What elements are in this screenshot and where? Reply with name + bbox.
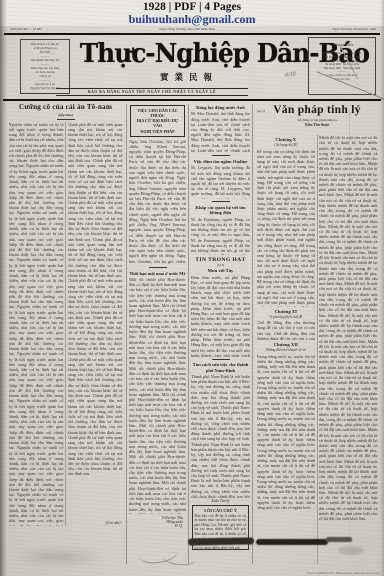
body-text: Chính phủ đã cử một viên quan sang tận n… (68, 122, 123, 521)
chapter-xi-subtitle: Vị phương diện chữ đề (257, 315, 316, 319)
article-nghi-vien: VIỆC CHO DÂN CÁC THUỘC ĐỊA CỬ ĐẠI BIỂU D… (127, 104, 189, 564)
headline-lao-dong-anh: Đảng lao động nước Anh (191, 105, 250, 110)
ink-smudge (326, 537, 352, 542)
te-nam-col-left: Nguyên nhân sự tranh cố ấy là bởi ngày t… (7, 122, 65, 526)
divider (212, 155, 230, 156)
dateline-gregorian-date: Ngày thứ năm, 25 Octobre 1928 (332, 27, 376, 31)
masthead-rule (3, 99, 381, 102)
signature: Xuân Thu ký (191, 499, 250, 503)
section-subtitle: (số 5) (191, 263, 250, 267)
notice-title: LỜI CÁO CHÚ Ý (195, 508, 247, 513)
price-box-title: GIÁ BÁO GỬI (311, 43, 374, 47)
article-te-nam-headline: Cưỡng cố của cải án Tề-nam (7, 104, 124, 112)
divider (212, 201, 230, 202)
scan-gutter-shadow (0, 0, 7, 576)
scan-edge-shadow (380, 0, 384, 576)
chapter-xii-subtitle: Những điều bổ-khuyết về số (257, 348, 316, 352)
newspaper-title-hanzi: 實業民報 (74, 71, 304, 83)
body-text: Nguyên nhân sự tranh cố ấy là bởi ngày t… (9, 122, 64, 526)
headline-ondine: Việc đắm tàu ngầm Ondine (191, 159, 250, 164)
paper-stain (10, 546, 105, 568)
van-phap-body: Chương X Cái hạng-từ (II) Hễ trong câu c… (255, 129, 379, 564)
headline-tau-khong-dien: Khắp các quan hệ với tàu không điện (191, 205, 250, 216)
body-text: M. de Fontenay, người Pháp, có thuật lại… (191, 217, 250, 255)
body-text: M. Leygues, hải quân trưởng, đã bổ một h… (191, 165, 250, 199)
article-te-nam-subtitle: (tiếp theo) (7, 113, 124, 117)
continued-marker: (Còn nữa) (68, 520, 123, 525)
page-columns: Cưỡng cố của cải án Tề-nam (tiếp theo) N… (5, 104, 381, 564)
body-text: Hễ trong câu có tiếng chỉ định thì phải … (257, 149, 316, 307)
dateline-issue: Năm thứ tám — số 885 (10, 27, 42, 31)
chapter-xii-head: Chương XII (257, 342, 316, 348)
headline-nam-dinh: Tìm cách sửa việc cho thành phố Nam-Định (191, 362, 250, 373)
masthead: Thực-Nghiệp Dân-Báo 實業民報 (74, 41, 304, 83)
divider (149, 267, 167, 268)
issue-number: (số 3) (257, 109, 265, 113)
signatures: Triều học Tân Hồng xuân D. Q. (129, 516, 186, 528)
body-text: Ngày bốn Octobre, hồi ba giờ chiều, ông … (129, 139, 186, 265)
stamp-email: buihuuhanh@gmail.com (0, 13, 384, 25)
divider (212, 359, 230, 360)
body-text: Đêm hôm trước, tại phố Hàng Bạc, có một … (191, 275, 250, 357)
masthead-office-box: TÒA SOẠN VÀ TRỊ SỰ số 69 phố Hàng Gai HÀ… (20, 39, 70, 94)
article-te-nam: Cưỡng cố của cải án Tề-nam (tiếp theo) N… (5, 104, 127, 564)
subhead-thoi-han: Thời hạn mãi mua ở nước Mỹ (129, 271, 186, 276)
van-phap-author: Kiều Thu thuật (255, 123, 379, 127)
van-phap-col-right: Mệnh đề tức là một câu nói có đủ chủ từ … (317, 135, 380, 564)
ink-smudge (188, 537, 254, 545)
news-column: Đảng lao động nước Anh M. Mac Donald, th… (189, 104, 253, 564)
top-rule (4, 33, 380, 35)
newspaper-title: Thực-Nghiệp Dân-Báo (80, 41, 299, 67)
masthead-tagline: BÁO RA HÀNG NGÀY TRỪ NGÀY CHỦ NHẬT VÀ NG… (56, 88, 248, 96)
body-text: Chữ đề đứng đầu câu thường dùng để chỉ c… (257, 320, 316, 340)
article-nghi-vien-headline: VIỆC CHO DÂN CÁC THUỘC ĐỊA CỬ ĐẠI BIỂU D… (130, 105, 185, 137)
news-column-wrap: Đảng lao động nước Anh M. Mac Donald, th… (191, 104, 250, 550)
price-box-rates: ĐÔNG-DƯƠNG — NGOẠI-QUỐC Một năm 10$00 · … (311, 52, 374, 81)
chapter-x-subtitle: Cái hạng-từ (II) (257, 143, 316, 147)
body-text: M. Mac Donald, thủ lĩnh đảng lao động nư… (191, 111, 250, 153)
van-phap-headline: Văn pháp tinh lý (255, 104, 379, 116)
newspaper-scan-page: 1928 | PDF | 4 Pages buihuuhanh@gmail.co… (0, 0, 384, 576)
article-van-phap: (số 3) Văn pháp tinh lý bài giảng về văn… (253, 104, 381, 564)
paper-fold-line (349, 110, 350, 536)
headline-muu-voi-tay: Mưu với Tây (191, 268, 250, 273)
ink-smudge (256, 539, 328, 545)
dateline-lunar-date: Ngày mồng 9 tháng chín, năm Mậu-Thìn (159, 27, 215, 31)
body-text: Thành phố Nam-Định là nơi buôn bán phồn … (191, 374, 250, 498)
van-phap-subtitle: bài giảng về văn-phạm tiếng ta (255, 118, 379, 122)
masthead-price-box: GIÁ BÁO GỬI ĐÔNG-DƯƠNG — NGOẠI-QUỐC Một … (308, 37, 376, 95)
collector-stamp: 1928 | PDF | 4 Pages buihuuhanh@gmail.co… (0, 0, 384, 26)
van-phap-col-left: Chương X Cái hạng-từ (II) Hễ trong câu c… (255, 135, 317, 564)
body-text: Mới rồi chính phủ Hoa-thịnh-đốn có định … (129, 277, 186, 514)
article-te-nam-body: Nguyên nhân sự tranh cố ấy là bởi ngày t… (7, 122, 124, 526)
handwritten-mark: 4/10 (285, 71, 296, 78)
body-text: Trong tiếng nước ta, muốn chỉ số nhiều t… (257, 354, 316, 564)
chapter-x-head: Chương X (257, 137, 316, 143)
paper-stain (338, 546, 364, 555)
divider (57, 119, 75, 120)
gallica-credit: Source gallica.bnf.fr / Bibliothèque nat… (307, 572, 380, 575)
article-nghi-vien-wrap: VIỆC CHO DÂN CÁC THUỘC ĐỊA CỬ ĐẠI BIỂU D… (129, 104, 186, 528)
te-nam-col-right: Chính phủ đã cử một viên quan sang tận n… (65, 122, 124, 526)
chapter-xi-head: Chương XI (257, 309, 316, 315)
van-phap-header: (số 3) Văn pháp tinh lý bài giảng về văn… (255, 104, 379, 127)
dateline: Năm thứ tám — số 885 Ngày mồng 9 tháng c… (10, 27, 376, 31)
